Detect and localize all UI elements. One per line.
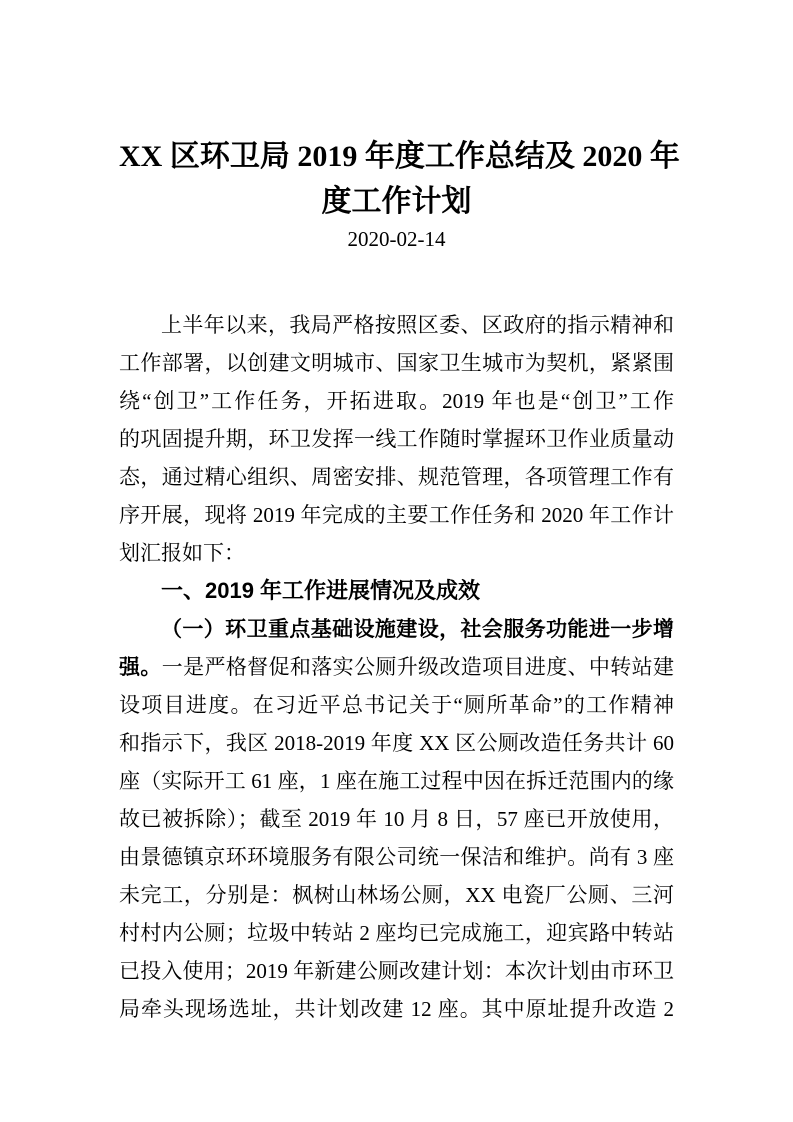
text-segment: 工作部署，以创建文明城市、国家卫生城市为契机，紧紧围 bbox=[119, 351, 674, 375]
text-segment: 由景德镇京环环境服务有限公司统一保洁和维护。尚有 3 座 bbox=[119, 845, 674, 869]
text-segment: 局牵头现场选址，共计划改建 12 座。其中原址提升改造 2 bbox=[119, 997, 674, 1021]
document-date: 2020-02-14 bbox=[119, 222, 674, 256]
text-line: 序开展，现将 2019 年完成的主要工作任务和 2020 年工作计 bbox=[119, 496, 674, 534]
document-page: XX 区环卫局 2019 年度工作总结及 2020 年度工作计划 2020-02… bbox=[0, 0, 793, 1122]
text-segment: 态，通过精心组织、周密安排、规范管理，各项管理工作有 bbox=[119, 465, 674, 489]
text-line: 态，通过精心组织、周密安排、规范管理，各项管理工作有 bbox=[119, 458, 674, 496]
bold-text-segment: 强。 bbox=[119, 655, 162, 679]
text-segment: 故已被拆除）；截至 2019 年 10 月 8 日，57 座已开放使用， bbox=[119, 807, 674, 831]
text-segment: 一是严格督促和落实公厕升级改造项目进度、中转站建 bbox=[162, 655, 674, 679]
section-heading-1: 一、2019 年工作进展情况及成效 bbox=[119, 572, 674, 610]
text-line: （一）环卫重点基础设施建设，社会服务功能进一步增 bbox=[119, 610, 674, 648]
bold-text-segment: 度工作计划 bbox=[322, 185, 472, 218]
bold-text-segment: （一）环卫重点基础设施建设，社会服务功能进一步增 bbox=[161, 617, 674, 641]
document-title: XX 区环卫局 2019 年度工作总结及 2020 年度工作计划 bbox=[119, 134, 674, 224]
text-segment: 村村内公厕；垃圾中转站 2 座均已完成施工，迎宾路中转站 bbox=[119, 921, 674, 945]
text-line: 村村内公厕；垃圾中转站 2 座均已完成施工，迎宾路中转站 bbox=[119, 914, 674, 952]
text-segment: 未完工，分别是：枫树山林场公厕，XX 电瓷厂公厕、三河 bbox=[119, 883, 674, 907]
text-line: 已投入使用；2019 年新建公厕改建计划：本次计划由市环卫 bbox=[119, 952, 674, 990]
text-segment: 序开展，现将 2019 年完成的主要工作任务和 2020 年工作计 bbox=[119, 503, 674, 527]
text-line: 工作部署，以创建文明城市、国家卫生城市为契机，紧紧围 bbox=[119, 344, 674, 382]
text-line: 度工作计划 bbox=[119, 179, 674, 224]
text-line: 和指示下，我区 2018-2019 年度 XX 区公厕改造任务共计 60 bbox=[119, 724, 674, 762]
text-line: 上半年以来，我局严格按照区委、区政府的指示精神和 bbox=[119, 306, 674, 344]
text-line: 设项目进度。在习近平总书记关于“厕所革命”的工作精神 bbox=[119, 686, 674, 724]
text-line: 座（实际开工 61 座，1 座在施工过程中因在拆迁范围内的缘 bbox=[119, 762, 674, 800]
text-segment: 已投入使用；2019 年新建公厕改建计划：本次计划由市环卫 bbox=[119, 959, 674, 983]
text-line: 未完工，分别是：枫树山林场公厕，XX 电瓷厂公厕、三河 bbox=[119, 876, 674, 914]
text-line: 由景德镇京环环境服务有限公司统一保洁和维护。尚有 3 座 bbox=[119, 838, 674, 876]
text-segment: 的巩固提升期，环卫发挥一线工作随时掌握环卫作业质量动 bbox=[119, 427, 674, 451]
text-segment: 座（实际开工 61 座，1 座在施工过程中因在拆迁范围内的缘 bbox=[119, 769, 674, 793]
text-line: 的巩固提升期，环卫发挥一线工作随时掌握环卫作业质量动 bbox=[119, 420, 674, 458]
intro-paragraph: 上半年以来，我局严格按照区委、区政府的指示精神和工作部署，以创建文明城市、国家卫… bbox=[119, 306, 674, 572]
text-line: 绕“创卫”工作任务，开拓进取。2019 年也是“创卫”工作 bbox=[119, 382, 674, 420]
text-line: 局牵头现场选址，共计划改建 12 座。其中原址提升改造 2 bbox=[119, 990, 674, 1028]
text-line: 故已被拆除）；截至 2019 年 10 月 8 日，57 座已开放使用， bbox=[119, 800, 674, 838]
bold-text-segment: XX 区环卫局 2019 年度工作总结及 2020 年 bbox=[119, 140, 680, 173]
text-segment: 绕“创卫”工作任务，开拓进取。2019 年也是“创卫”工作 bbox=[119, 389, 674, 413]
text-segment: 设项目进度。在习近平总书记关于“厕所革命”的工作精神 bbox=[119, 693, 674, 717]
text-line: 划汇报如下： bbox=[119, 534, 674, 572]
text-segment: 划汇报如下： bbox=[119, 541, 245, 565]
text-line: XX 区环卫局 2019 年度工作总结及 2020 年 bbox=[119, 134, 674, 179]
text-segment: 和指示下，我区 2018-2019 年度 XX 区公厕改造任务共计 60 bbox=[119, 731, 674, 755]
section-1-paragraph: （一）环卫重点基础设施建设，社会服务功能进一步增强。一是严格督促和落实公厕升级改… bbox=[119, 610, 674, 1028]
text-line: 强。一是严格督促和落实公厕升级改造项目进度、中转站建 bbox=[119, 648, 674, 686]
text-segment: 上半年以来，我局严格按照区委、区政府的指示精神和 bbox=[161, 313, 674, 337]
